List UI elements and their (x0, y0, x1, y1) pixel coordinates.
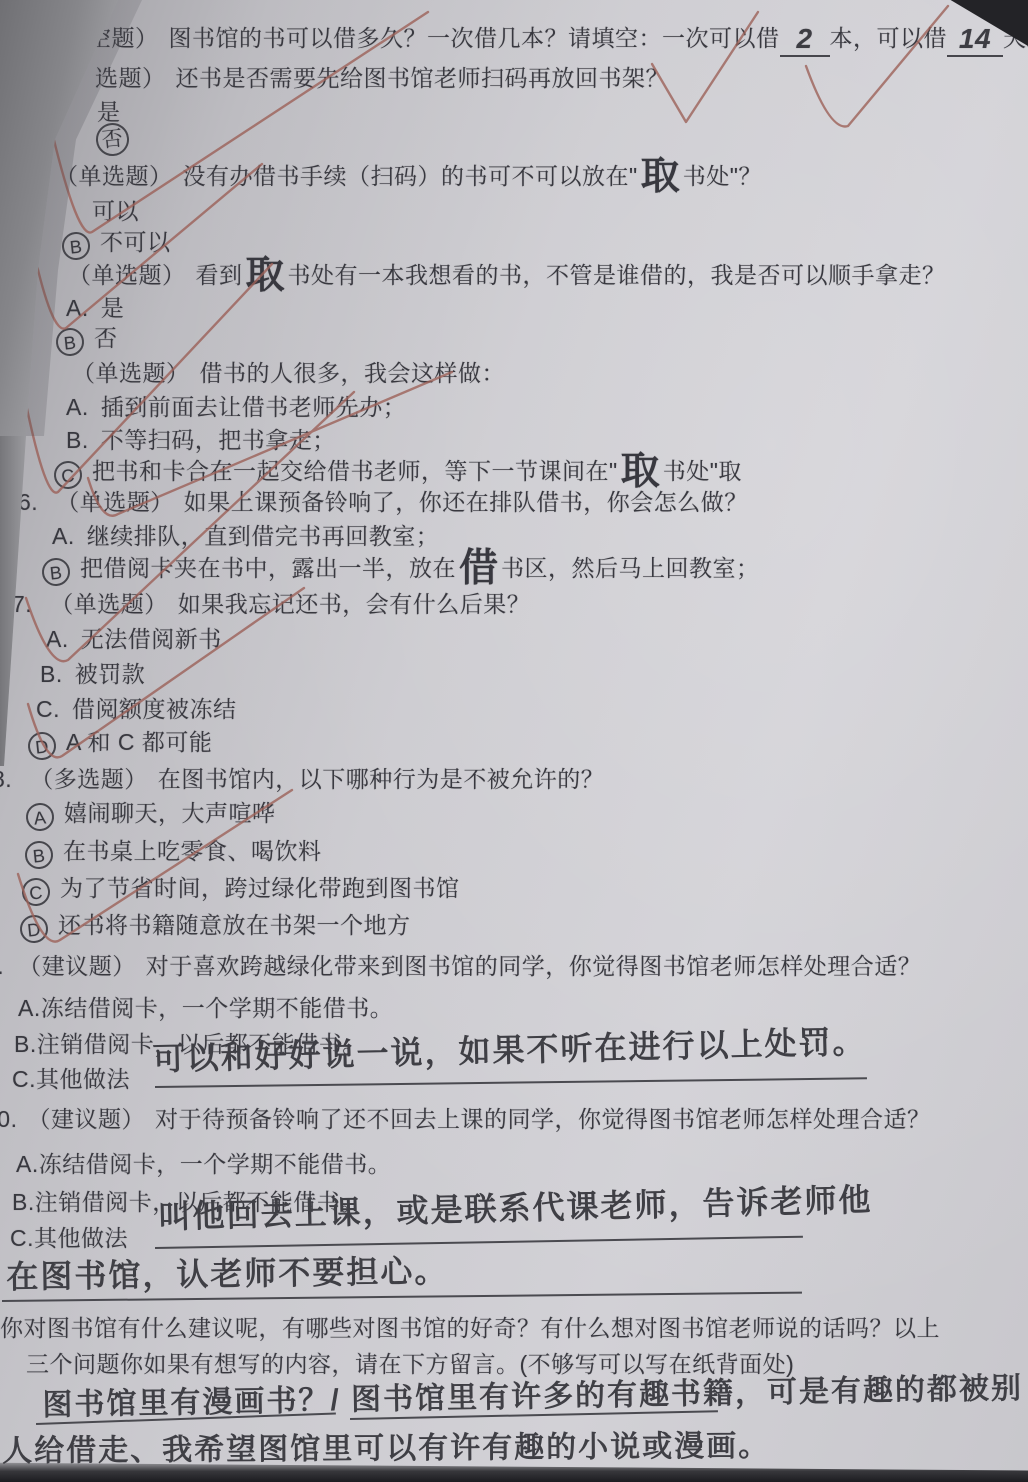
question-11-line1: 你对图书馆有什么建议呢，有哪些对图书馆的好奇？有什么想对图书馆老师说的话吗？以上 (0, 1310, 940, 1343)
option-a-text: 可以 (92, 198, 139, 224)
question-8-option-b: B在书桌上吃零食、喝饮料 (25, 833, 322, 869)
answer-underline (155, 1077, 867, 1088)
big-char-qu: 取 (246, 254, 285, 297)
question-5-option-a: A.插到前面去让借书老师先办； (66, 389, 406, 422)
question-8-option-a: A嬉闹聊天，大声喧哗 (26, 795, 276, 831)
question-5-type-label: （单选题） (72, 360, 190, 386)
question-6-line: 6.（单选题）如果上课预备铃响了，你还在排队借书，你会怎么做？ (18, 484, 748, 517)
answer-underline (155, 1236, 803, 1250)
question-3-text-tail: 书处"？ (683, 163, 762, 189)
question-4-option-b: B否 (56, 320, 118, 356)
question-10-option-c: C.其他做法 (10, 1220, 128, 1253)
option-c-label: C.其他做法 (10, 1225, 128, 1251)
question-4-option-a: A.是 (66, 290, 124, 323)
question-7-option-a: A.无法借阅新书 (46, 621, 222, 654)
question-9-number: 9. (0, 953, 4, 979)
selected-option-circle: B (41, 557, 72, 588)
question-10-option-a: A.冻结借阅卡，一个学期不能借书。 (16, 1146, 391, 1179)
option-a-text: 插到前面去让借书老师先办； (101, 394, 407, 420)
option-b-letter: B. (40, 661, 63, 688)
option-b-text: 不可以 (100, 229, 171, 255)
question-7-option-b: B.被罚款 (40, 656, 145, 689)
selected-option-circle: D (27, 731, 58, 762)
option-a-text: A.冻结借阅卡，一个学期不能借书。 (18, 995, 393, 1021)
question-10-number: 10. (0, 1106, 17, 1132)
option-a-letter: A. (46, 626, 69, 653)
question-10-type-label: （建议题） (27, 1106, 145, 1132)
question-3-type-label: （单选题） (55, 163, 173, 189)
option-a-text: 嬉闹聊天，大声喧哗 (64, 800, 276, 826)
question-3-option-a: 可以 (92, 193, 139, 226)
handwritten-comment-line2: 人给借走、我希望图馆里可以有许有趣的小说或漫画。 (2, 1421, 770, 1470)
option-c-letter: C. (36, 696, 60, 723)
question-8-option-d: D还书将书籍随意放在书架一个地方 (20, 907, 411, 943)
option-c-text-tail: 书处"取 (663, 458, 742, 484)
question-9-option-a: A.冻结借阅卡，一个学期不能借书。 (18, 990, 393, 1023)
question-8-option-c: C为了节省时间，跨过绿化带跑到图书馆 (22, 870, 460, 906)
question-6-type-label: （单选题） (56, 489, 174, 515)
question-3-text: 没有办借书手续（扫码）的书可不可以放在" (183, 163, 638, 189)
option-a-letter: A. (52, 523, 75, 550)
question-8-number: 8. (0, 766, 12, 792)
question-5-option-b: B.不等扫码，把书拿走； (66, 422, 336, 455)
question-5-line: （单选题）借书的人很多，我会这样做： (72, 355, 505, 388)
big-char-jie: 借 (459, 547, 498, 590)
option-a-letter: A. (66, 295, 89, 322)
question-2-line: 选题）还书是否需要先给图书馆老师扫码再放回书架？ (95, 60, 669, 93)
handwritten-answer-q10-line2: 在图书馆，认老师不要担心。 (6, 1246, 449, 1298)
photographed-questionnaire-page: 空题）图书馆的书可以借多久？一次借几本？请填空：一次可以借2本，可以借14天。 … (0, 0, 1028, 1482)
selected-option-circle: B (24, 840, 55, 871)
question-1-line: 空题）图书馆的书可以借多久？一次借几本？请填空：一次可以借2本，可以借14天。 (88, 20, 1028, 57)
handwritten-answer-books: 2 (796, 23, 812, 54)
selected-option-circle: D (19, 914, 50, 945)
question-7-type-label: （单选题） (50, 591, 168, 617)
option-a-text: A.冻结借阅卡，一个学期不能借书。 (16, 1151, 391, 1177)
selected-option-circle: 否 (94, 121, 130, 157)
option-b-text: 被罚款 (75, 661, 146, 687)
question-9-line: 9.（建议题）对于喜欢跨越绿化带来到图书馆的同学，你觉得图书馆老师怎样处理合适？ (0, 948, 921, 981)
question-4-line: （单选题）看到取书处有一本我想看的书，不管是谁借的，我是否可以顺手拿走？ (68, 256, 946, 295)
question-7-line: 7.（单选题）如果我忘记还书，会有什么后果？ (12, 586, 530, 619)
question-10-text: 对于待预备铃响了还不回去上课的同学，你觉得图书馆老师怎样处理合适？ (155, 1106, 931, 1132)
question-10-line: 10.（建议题）对于待预备铃响了还不回去上课的同学，你觉得图书馆老师怎样处理合适… (0, 1101, 930, 1134)
question-7-text: 如果我忘记还书，会有什么后果？ (178, 591, 531, 617)
option-c-text: 把书和卡合在一起交给借书老师，等下一节课间在" (92, 458, 618, 484)
option-a-text: 是 (101, 295, 125, 321)
question-6-option-a: A.继续排队，直到借完书再回教室； (52, 518, 439, 551)
option-c-text: 为了节省时间，跨过绿化带跑到图书馆 (60, 875, 460, 901)
blank-books: 2 (780, 25, 830, 57)
question-6-option-b: B把借阅卡夹在书中，露出一半，放在借书区，然后马上回教室； (42, 549, 760, 588)
question-4-text: 看到 (196, 262, 243, 288)
option-b-text: 不等扫码，把书拿走； (101, 427, 336, 453)
question-8-line: 8.（多选题）在图书馆内，以下哪种行为是不被允许的？ (0, 761, 604, 794)
selected-option-circle: C (21, 877, 52, 908)
option-a-text: 继续排队，直到借完书再回教室； (87, 523, 440, 549)
option-d-text: 还书将书籍随意放在书架一个地方 (58, 912, 411, 938)
question-8-text: 在图书馆内，以下哪种行为是不被允许的？ (158, 766, 605, 792)
option-b-text: 否 (94, 325, 118, 351)
question-9-option-c: C.其他做法 (12, 1061, 130, 1094)
selected-option-circle: A (25, 802, 56, 833)
option-d-text: A 和 C 都可能 (66, 729, 212, 755)
question-4-type-label: （单选题） (68, 262, 186, 288)
option-b-letter: B. (66, 427, 89, 454)
question-9-type-label: （建议题） (18, 953, 136, 979)
question-9-text: 对于喜欢跨越绿化带来到图书馆的同学，你觉得图书馆老师怎样处理合适？ (146, 953, 922, 979)
question-3-line: （单选题）没有办借书手续（扫码）的书可不可以放在"取书处"？ (55, 157, 762, 196)
question-5-text: 借书的人很多，我会这样做： (200, 360, 506, 386)
question-8-type-label: （多选题） (30, 766, 148, 792)
option-b-text: 把借阅卡夹在书中，露出一半，放在 (80, 555, 456, 581)
question-11-text-1: 你对图书馆有什么建议呢，有哪些对图书馆的好奇？有什么想对图书馆老师说的话吗？以上 (0, 1315, 940, 1341)
handwritten-answer-days: 14 (959, 23, 991, 54)
option-b-text: 在书桌上吃零食、喝饮料 (63, 838, 322, 864)
option-b-text-tail: 书区，然后马上回教室； (501, 555, 760, 581)
selected-option-circle: B (55, 327, 86, 358)
blank-days: 14 (947, 25, 1003, 57)
big-char-qu: 取 (641, 155, 680, 198)
question-3-option-b: B不可以 (62, 224, 171, 260)
question-2-option-b: 否 (96, 122, 139, 156)
question-7-option-d: DA 和 C 都可能 (28, 724, 212, 760)
option-c-text: 借阅额度被冻结 (72, 696, 237, 722)
option-a-letter: A. (66, 394, 89, 421)
question-6-text: 如果上课预备铃响了，你还在排队借书，你会怎么做？ (184, 489, 748, 515)
question-1-mid-text: 本，可以借 (830, 25, 948, 51)
option-c-label: C.其他做法 (12, 1066, 130, 1092)
question-1-text: 图书馆的书可以借多久？一次借几本？请填空：一次可以借 (169, 25, 780, 51)
option-a-text: 无法借阅新书 (81, 626, 222, 652)
question-2-text: 还书是否需要先给图书馆老师扫码再放回书架？ (176, 65, 670, 91)
question-7-option-c: C.借阅额度被冻结 (36, 691, 237, 724)
question-4-text-tail: 书处有一本我想看的书，不管是谁借的，我是否可以顺手拿走？ (288, 262, 946, 288)
